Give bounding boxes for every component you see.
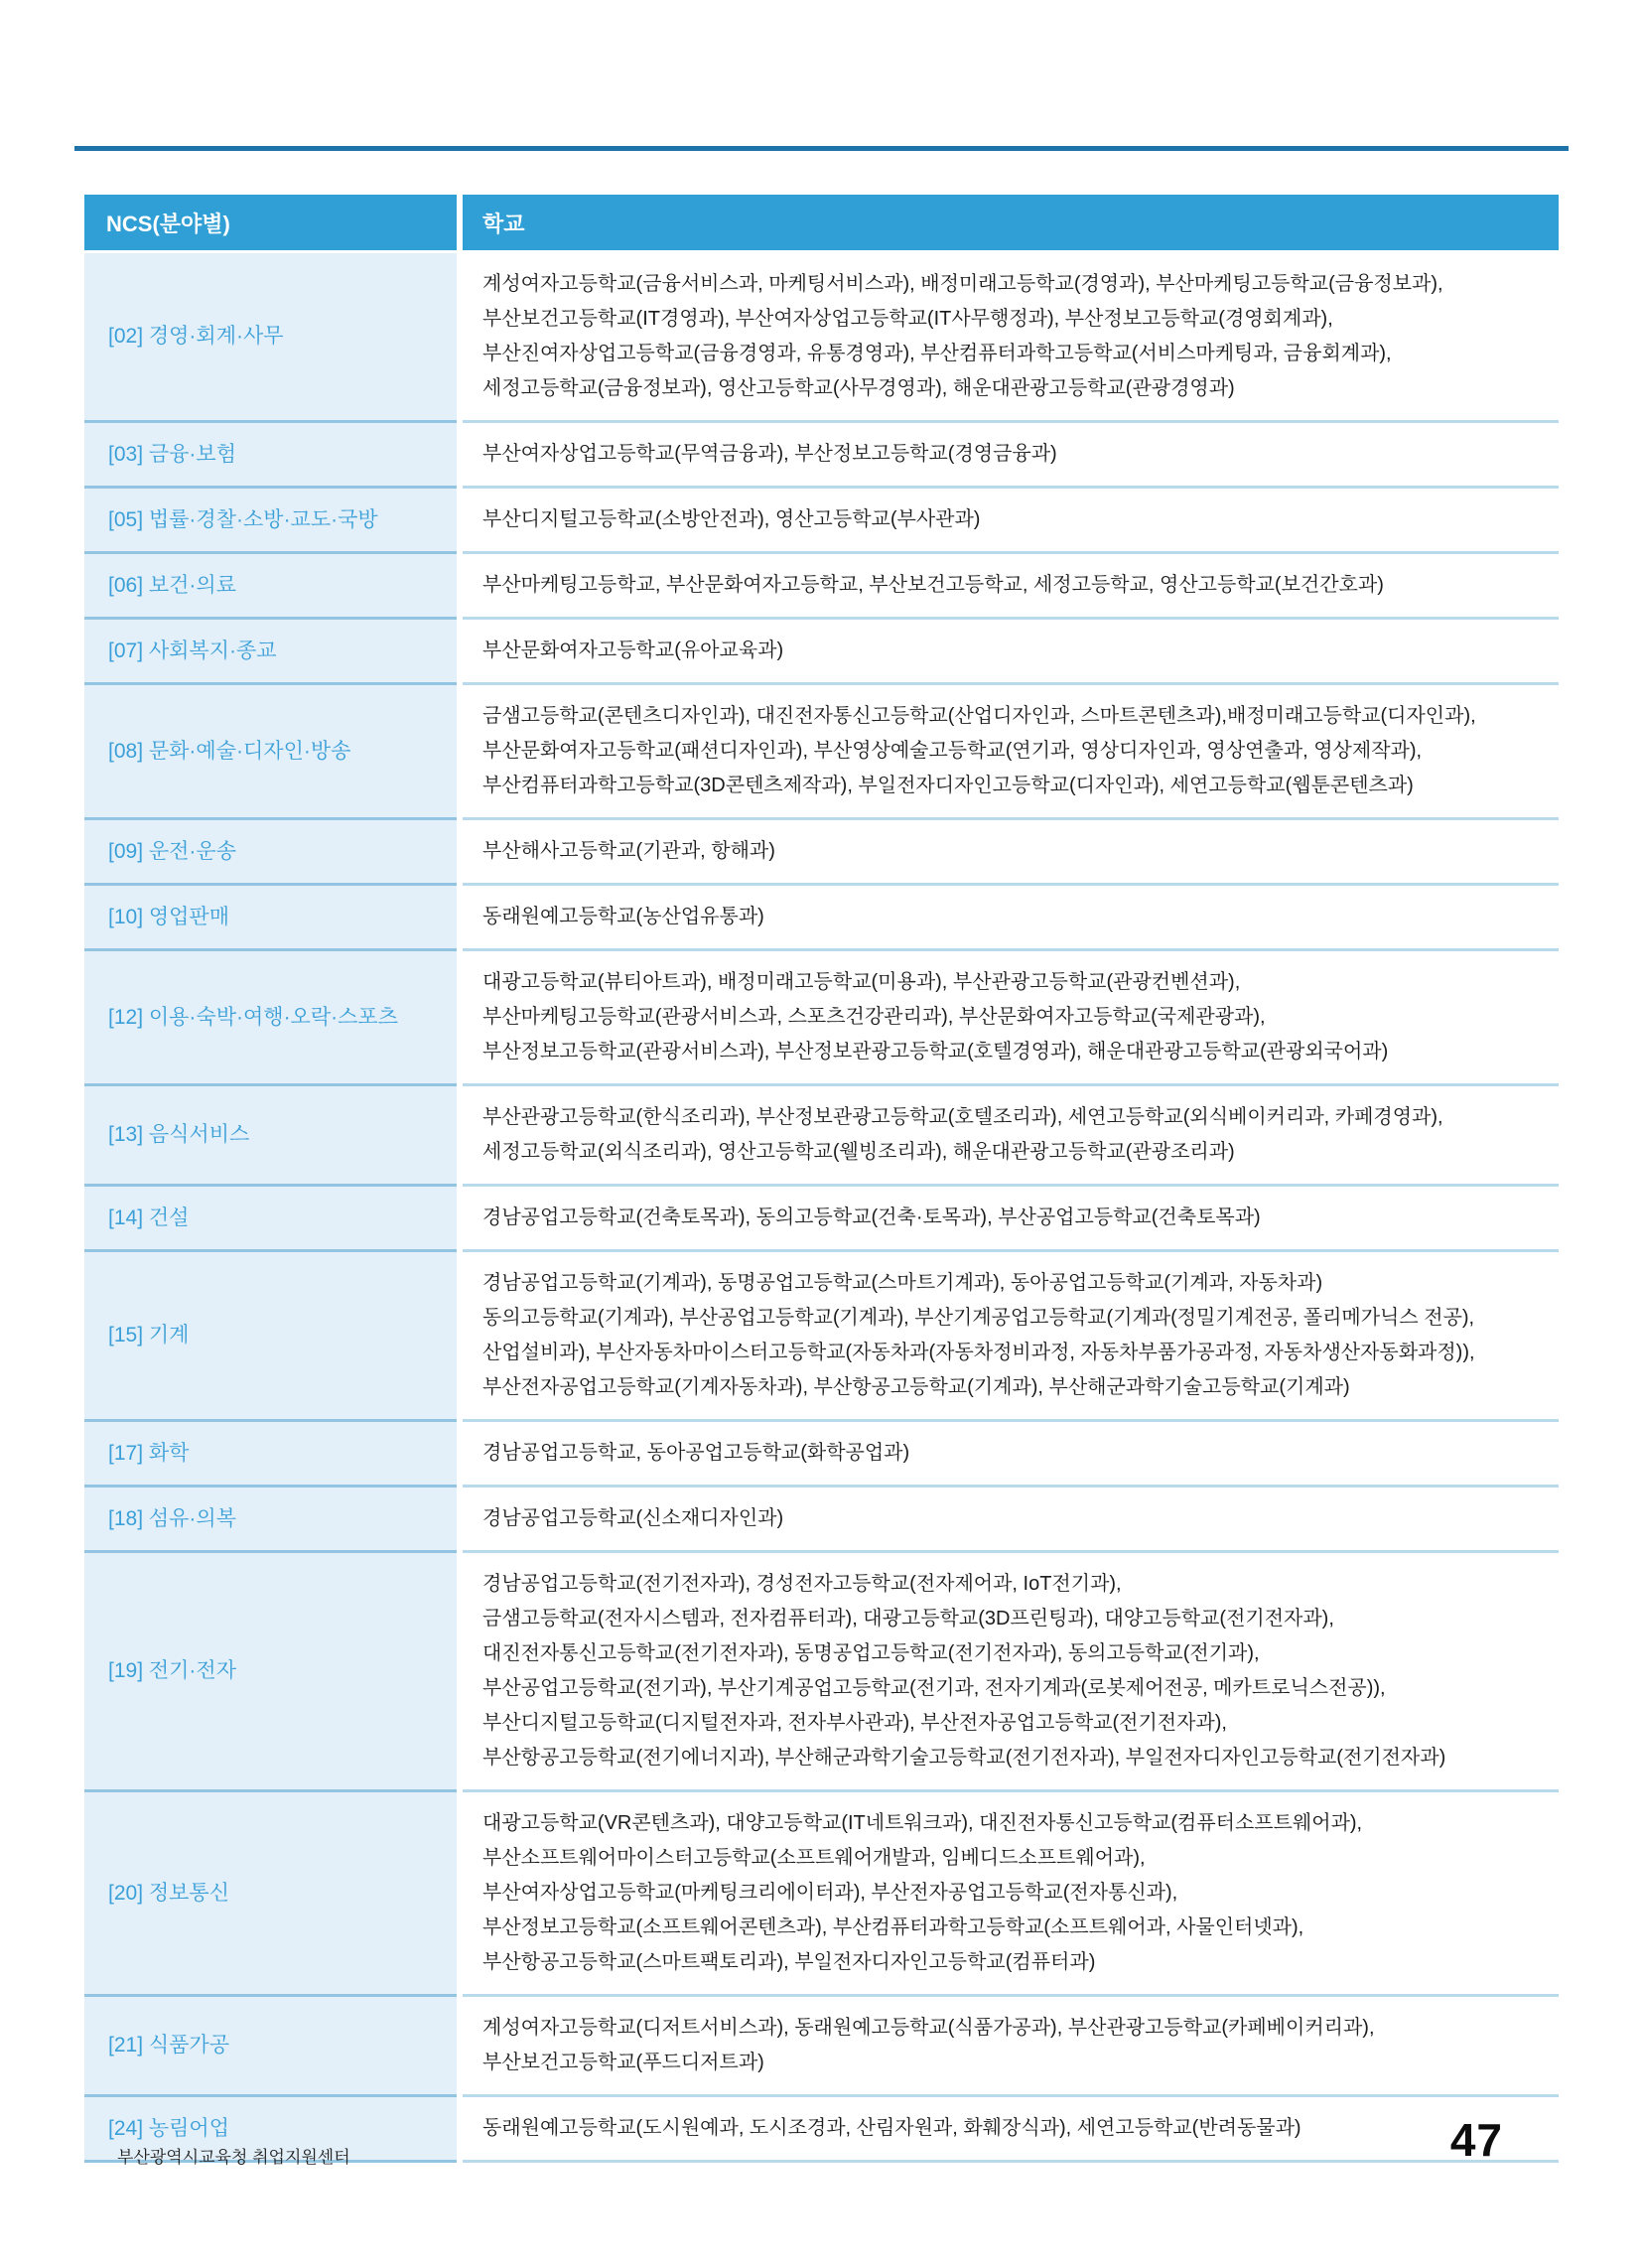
ncs-category-cell: [14] 건설 — [84, 1187, 457, 1252]
ncs-category-cell: [17] 화학 — [84, 1422, 457, 1488]
table-row: [20] 정보통신 대광고등학교(VR콘텐츠과), 대양고등학교(IT네트워크과… — [84, 1792, 1559, 1997]
ncs-category-cell: [13] 음식서비스 — [84, 1086, 457, 1187]
header-cell-ncs: NCS(분야별) — [84, 195, 457, 250]
table-header-row: NCS(분야별) 학교 — [84, 195, 1559, 250]
table-row: [06] 보건·의료 부산마케팅고등학교, 부산문화여자고등학교, 부산보건고등… — [84, 554, 1559, 620]
schools-cell: 부산디지털고등학교(소방안전과), 영산고등학교(부사관과) — [463, 489, 1559, 554]
ncs-category-cell: [05] 법률·경찰·소방·교도·국방 — [84, 489, 457, 554]
table-body: [02] 경영·회계·사무 계성여자고등학교(금융서비스과, 마케팅서비스과),… — [84, 253, 1559, 2163]
ncs-category-cell: [20] 정보통신 — [84, 1792, 457, 1997]
ncs-category-cell: [03] 금융·보험 — [84, 423, 457, 489]
ncs-category-cell: [06] 보건·의료 — [84, 554, 457, 620]
ncs-category-cell: [12] 이용·숙박·여행·오락·스포츠 — [84, 951, 457, 1086]
ncs-category-cell: [15] 기계 — [84, 1252, 457, 1422]
schools-cell: 부산해사고등학교(기관과, 항해과) — [463, 820, 1559, 886]
schools-cell: 대광고등학교(VR콘텐츠과), 대양고등학교(IT네트워크과), 대진전자통신고… — [463, 1792, 1559, 1997]
ncs-category-cell: [08] 문화·예술·디자인·방송 — [84, 685, 457, 820]
schools-cell: 동래원예고등학교(도시원예과, 도시조경과, 산림자원과, 화훼장식과), 세연… — [463, 2097, 1559, 2163]
schools-cell: 경남공업고등학교, 동아공업고등학교(화학공업과) — [463, 1422, 1559, 1488]
schools-cell: 금샘고등학교(콘텐츠디자인과), 대진전자통신고등학교(산업디자인과, 스마트콘… — [463, 685, 1559, 820]
ncs-category-cell: [02] 경영·회계·사무 — [84, 253, 457, 423]
table-row: [03] 금융·보험 부산여자상업고등학교(무역금융과), 부산정보고등학교(경… — [84, 423, 1559, 489]
ncs-category-cell: [19] 전기·전자 — [84, 1553, 457, 1792]
schools-cell: 경남공업고등학교(건축토목과), 동의고등학교(건축·토목과), 부산공업고등학… — [463, 1187, 1559, 1252]
schools-cell: 경남공업고등학교(기계과), 동명공업고등학교(스마트기계과), 동아공업고등학… — [463, 1252, 1559, 1422]
schools-cell: 부산문화여자고등학교(유아교육과) — [463, 620, 1559, 685]
table-row: [17] 화학 경남공업고등학교, 동아공업고등학교(화학공업과) — [84, 1422, 1559, 1488]
table-row: [10] 영업판매 동래원예고등학교(농산업유통과) — [84, 886, 1559, 951]
schools-cell: 부산관광고등학교(한식조리과), 부산정보관광고등학교(호텔조리과), 세연고등… — [463, 1086, 1559, 1187]
document-page: NCS(분야별) 학교 [02] 경영·회계·사무 계성여자고등학교(금융서비스… — [0, 0, 1642, 2268]
schools-cell: 경남공업고등학교(전기전자과), 경성전자고등학교(전자제어과, IoT전기과)… — [463, 1553, 1559, 1792]
schools-cell: 부산마케팅고등학교, 부산문화여자고등학교, 부산보건고등학교, 세정고등학교,… — [463, 554, 1559, 620]
schools-cell: 부산여자상업고등학교(무역금융과), 부산정보고등학교(경영금융과) — [463, 423, 1559, 489]
ncs-category-cell: [21] 식품가공 — [84, 1997, 457, 2097]
header-cell-school: 학교 — [463, 195, 1559, 250]
table-row: [12] 이용·숙박·여행·오락·스포츠 대광고등학교(뷰티아트과), 배정미래… — [84, 951, 1559, 1086]
footer-org-label: 부산광역시교육청 취업지원센터 — [117, 2143, 350, 2168]
table-row: [02] 경영·회계·사무 계성여자고등학교(금융서비스과, 마케팅서비스과),… — [84, 253, 1559, 423]
table-row: [21] 식품가공 계성여자고등학교(디저트서비스과), 동래원예고등학교(식품… — [84, 1997, 1559, 2097]
ncs-category-cell: [07] 사회복지·종교 — [84, 620, 457, 685]
schools-cell: 계성여자고등학교(디저트서비스과), 동래원예고등학교(식품가공과), 부산관광… — [463, 1997, 1559, 2097]
schools-cell: 경남공업고등학교(신소재디자인과) — [463, 1488, 1559, 1553]
page-number: 47 — [1450, 2113, 1503, 2167]
table-row: [05] 법률·경찰·소방·교도·국방 부산디지털고등학교(소방안전과), 영산… — [84, 489, 1559, 554]
top-divider-rule — [74, 146, 1569, 151]
table-row: [15] 기계 경남공업고등학교(기계과), 동명공업고등학교(스마트기계과),… — [84, 1252, 1559, 1422]
table-row: [13] 음식서비스 부산관광고등학교(한식조리과), 부산정보관광고등학교(호… — [84, 1086, 1559, 1187]
schools-cell: 계성여자고등학교(금융서비스과, 마케팅서비스과), 배정미래고등학교(경영과)… — [463, 253, 1559, 423]
schools-cell: 대광고등학교(뷰티아트과), 배정미래고등학교(미용과), 부산관광고등학교(관… — [463, 951, 1559, 1086]
ncs-category-cell: [09] 운전·운송 — [84, 820, 457, 886]
ncs-category-cell: [18] 섬유·의복 — [84, 1488, 457, 1553]
table-row: [14] 건설 경남공업고등학교(건축토목과), 동의고등학교(건축·토목과),… — [84, 1187, 1559, 1252]
schools-cell: 동래원예고등학교(농산업유통과) — [463, 886, 1559, 951]
table-row: [08] 문화·예술·디자인·방송 금샘고등학교(콘텐츠디자인과), 대진전자통… — [84, 685, 1559, 820]
table-row: [19] 전기·전자 경남공업고등학교(전기전자과), 경성전자고등학교(전자제… — [84, 1553, 1559, 1792]
ncs-category-cell: [10] 영업판매 — [84, 886, 457, 951]
ncs-school-table: NCS(분야별) 학교 [02] 경영·회계·사무 계성여자고등학교(금융서비스… — [84, 195, 1559, 2163]
table-row: [09] 운전·운송 부산해사고등학교(기관과, 항해과) — [84, 820, 1559, 886]
table-row: [18] 섬유·의복 경남공업고등학교(신소재디자인과) — [84, 1488, 1559, 1553]
table-row: [07] 사회복지·종교 부산문화여자고등학교(유아교육과) — [84, 620, 1559, 685]
